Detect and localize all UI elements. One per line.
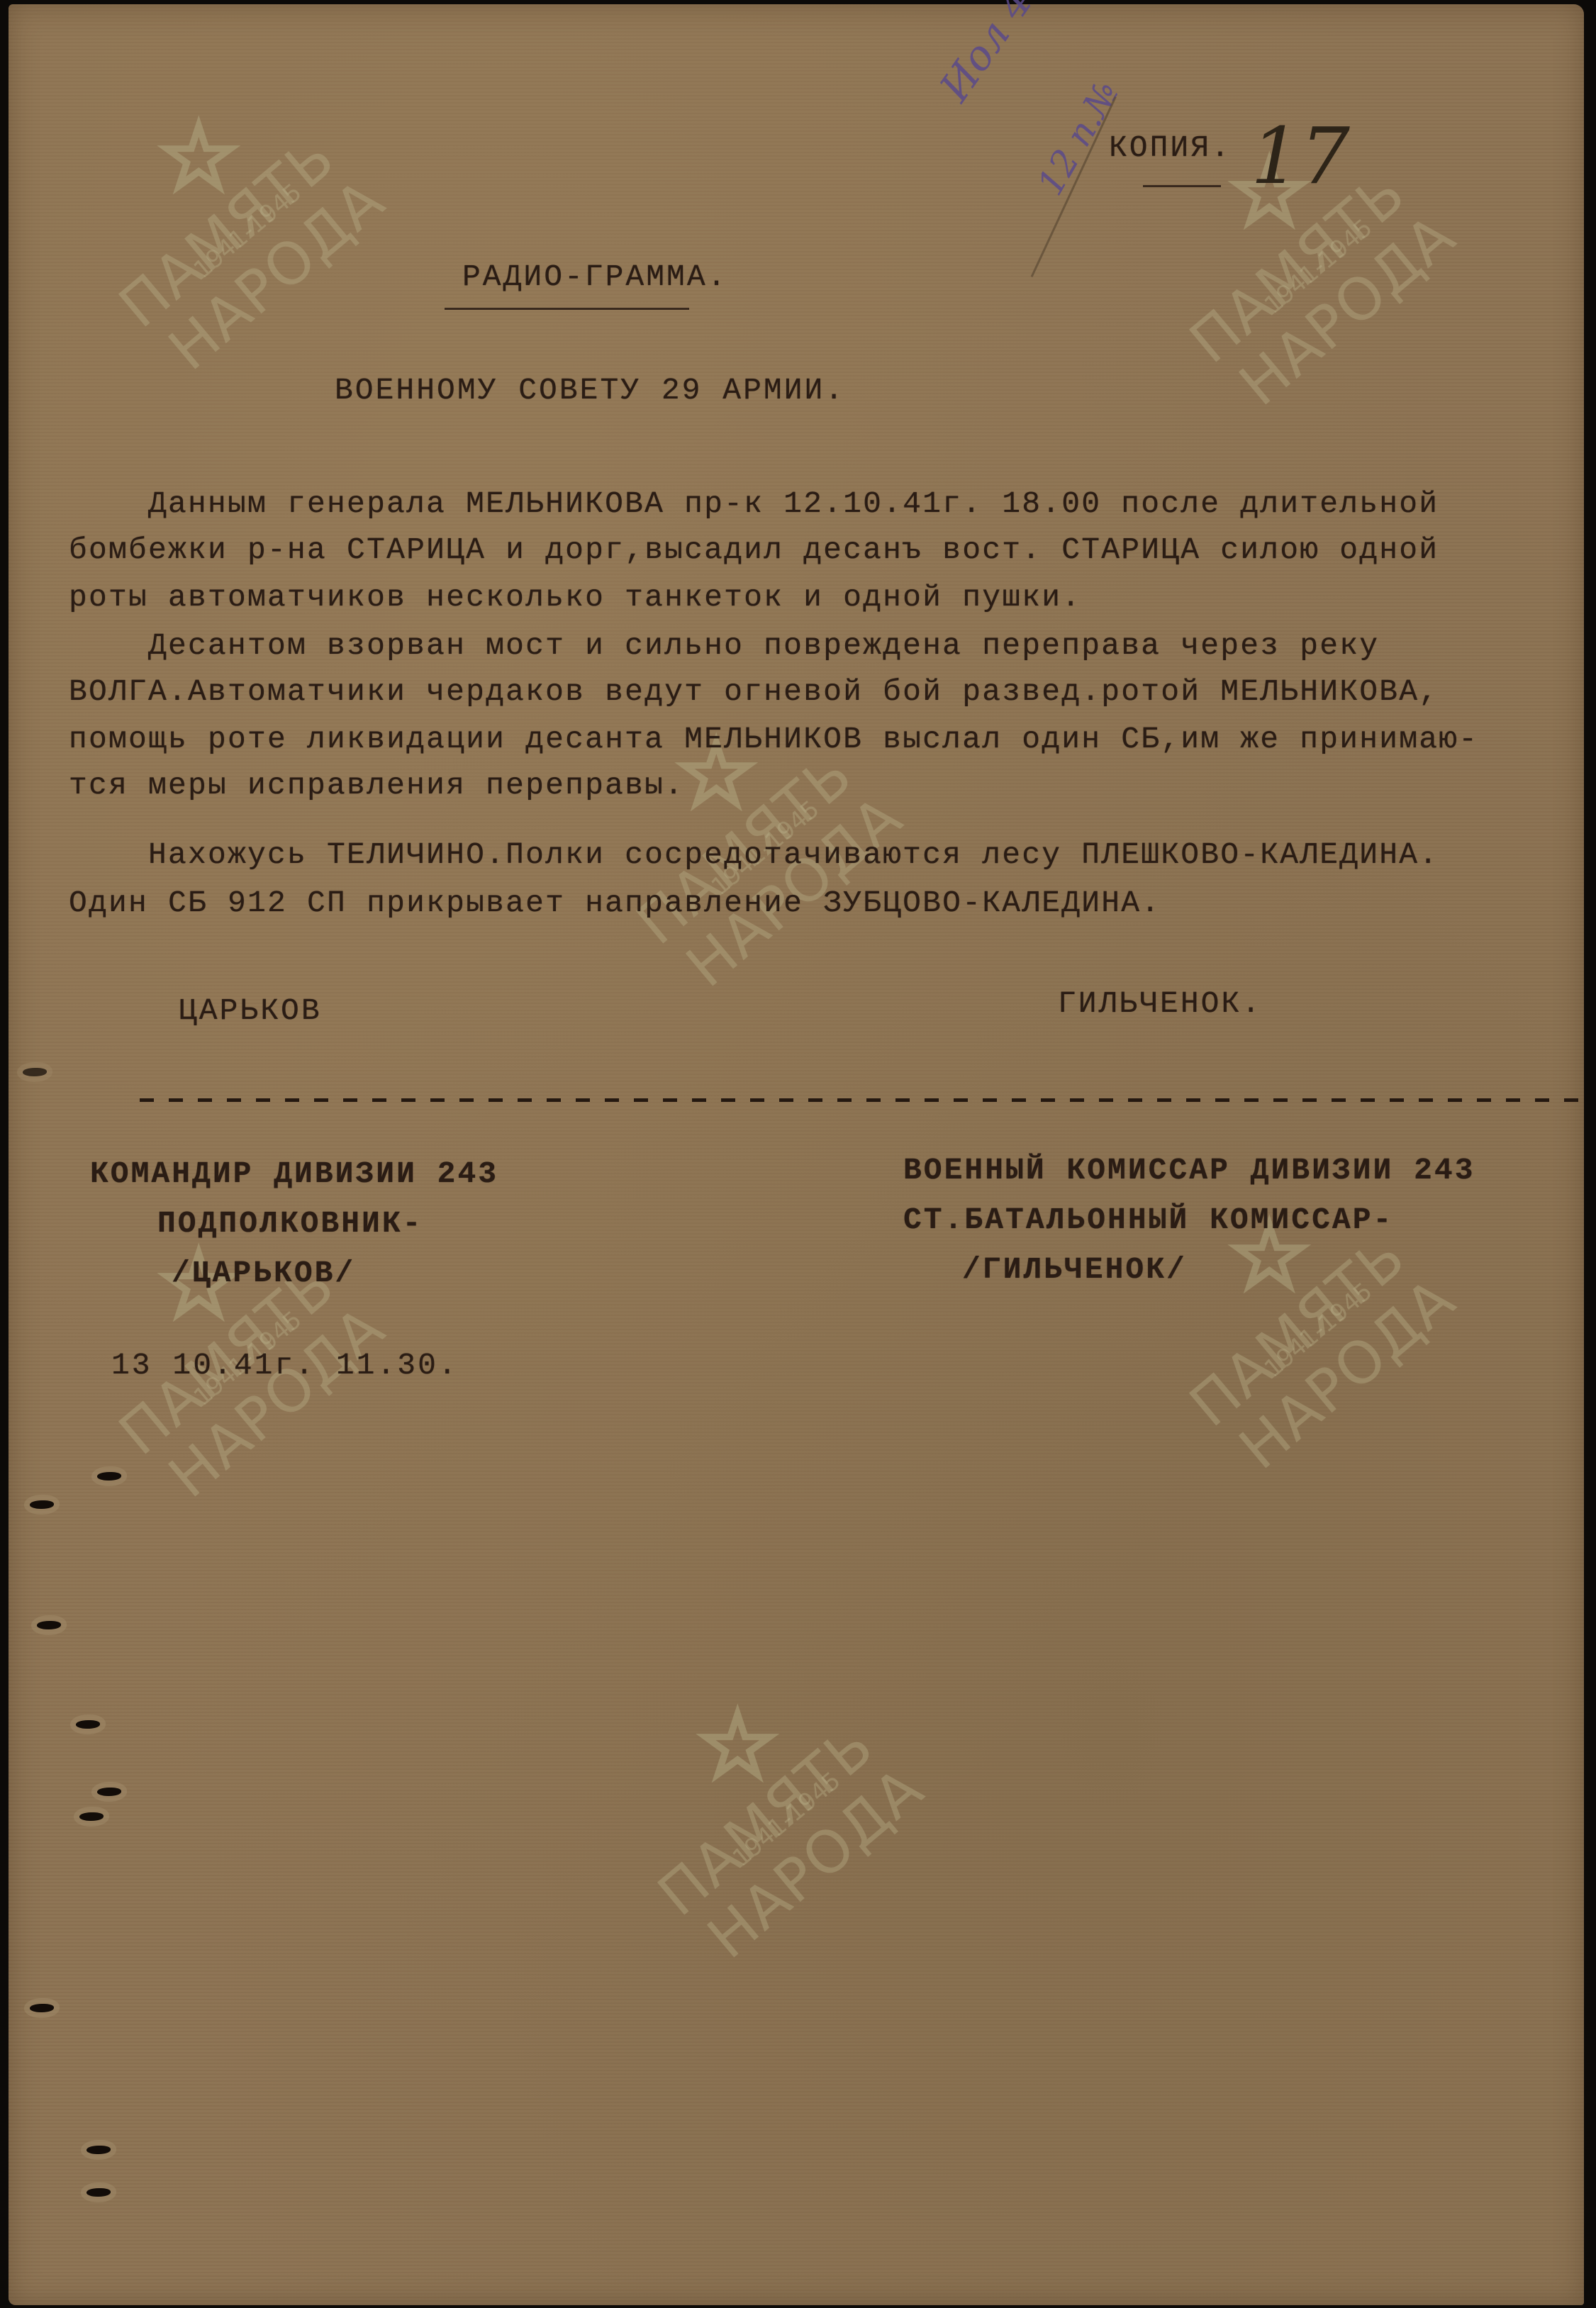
watermark-years: 1941-1945 <box>189 178 308 284</box>
punch-hole <box>87 2188 111 2197</box>
watermark-years: 1941-1945 <box>1259 213 1378 320</box>
body-line: ВОЛГА.Автоматчики чердаков ведут огневой… <box>69 674 1439 709</box>
punch-hole <box>30 2004 54 2012</box>
signature-right: ГИЛЬЧЕНОК. <box>1058 986 1262 1021</box>
punch-hole <box>37 1621 61 1629</box>
body-line: помощь роте ликвидации десанта МЕЛЬНИКОВ… <box>69 722 1478 757</box>
watermark-line2: НАРОДА <box>157 1293 398 1511</box>
body-line: тся меры исправления переправы. <box>69 768 684 803</box>
commissar-rank: СТ.БАТАЛЬОННЫЙ КОМИССАР- <box>903 1203 1393 1237</box>
document-title: РАДИО-ГРАММА. <box>462 260 727 294</box>
punch-hole <box>23 1068 47 1076</box>
body-line: Нахожусь ТЕЛИЧИНО.Полки сосредотачиваютс… <box>69 837 1439 872</box>
punch-hole <box>79 1812 104 1821</box>
star-icon: ☆ <box>696 1699 779 1791</box>
body-line: Десантом взорван мост и сильно поврежден… <box>69 628 1379 663</box>
watermark-line2: НАРОДА <box>1227 1265 1468 1483</box>
star-icon: ☆ <box>157 111 240 203</box>
addressee: ВОЕННОМУ СОВЕТУ 29 АРМИИ. <box>335 373 845 408</box>
document-page: ☆ 1941-1945 ПАМЯТЬ НАРОДА ☆ 1941-1945 ПА… <box>9 4 1584 2305</box>
watermark-line1: ПАМЯТЬ <box>646 1712 887 1929</box>
punch-hole <box>76 1720 100 1729</box>
page-number: 17 <box>1251 111 1350 201</box>
punch-hole <box>97 1788 121 1796</box>
commander-title: КОМАНДИР ДИВИЗИИ 243 <box>90 1156 498 1191</box>
watermark-years: 1941-1945 <box>727 1766 847 1873</box>
body-line: бомбежки р-на СТАРИЦА и дорг,высадил дес… <box>69 533 1439 567</box>
watermark-line1: ПАМЯТЬ <box>1178 1222 1419 1440</box>
signature-left: ЦАРЬКОВ <box>179 993 322 1028</box>
copy-mark-underline <box>1143 185 1221 187</box>
commander-name: /ЦАРЬКОВ/ <box>172 1256 355 1290</box>
datetime: 13 10.41г. 11.30. <box>111 1348 459 1383</box>
body-line: роты автоматчиков несколько танкеток и о… <box>69 580 1081 615</box>
handwritten-note: Иол 496 <box>930 0 1072 110</box>
watermark-years: 1941-1945 <box>1259 1277 1378 1383</box>
separator-line <box>140 1098 1579 1102</box>
commissar-name: /ГИЛЬЧЕНОК/ <box>962 1252 1187 1287</box>
watermark-line1: ПАМЯТЬ <box>107 123 348 341</box>
body-line: Данным генерала МЕЛЬНИКОВА пр-к 12.10.41… <box>69 486 1439 521</box>
punch-hole <box>97 1472 121 1481</box>
title-underline <box>445 308 689 310</box>
watermark-line2: НАРОДА <box>1227 201 1468 419</box>
watermark: ☆ 1941-1945 ПАМЯТЬ НАРОДА <box>143 111 441 408</box>
punch-hole <box>30 1500 54 1509</box>
watermark: ☆ 1941-1945 ПАМЯТЬ НАРОДА <box>661 727 959 1025</box>
watermark-line2: НАРОДА <box>157 166 398 384</box>
watermark: ☆ 1941-1945 ПАМЯТЬ НАРОДА <box>682 1699 980 1997</box>
commissar-title: ВОЕННЫЙ КОМИССАР ДИВИЗИИ 243 <box>903 1153 1475 1188</box>
punch-hole <box>87 2146 111 2154</box>
watermark-line2: НАРОДА <box>696 1754 937 1972</box>
commander-rank: ПОДПОЛКОВНИК- <box>157 1206 423 1241</box>
watermark: ☆ 1941-1945 ПАМЯТЬ НАРОДА <box>1214 1210 1512 1507</box>
copy-mark: КОПИЯ. <box>1109 130 1232 165</box>
body-line: Один СБ 912 СП прикрывает направление ЗУ… <box>69 886 1161 920</box>
